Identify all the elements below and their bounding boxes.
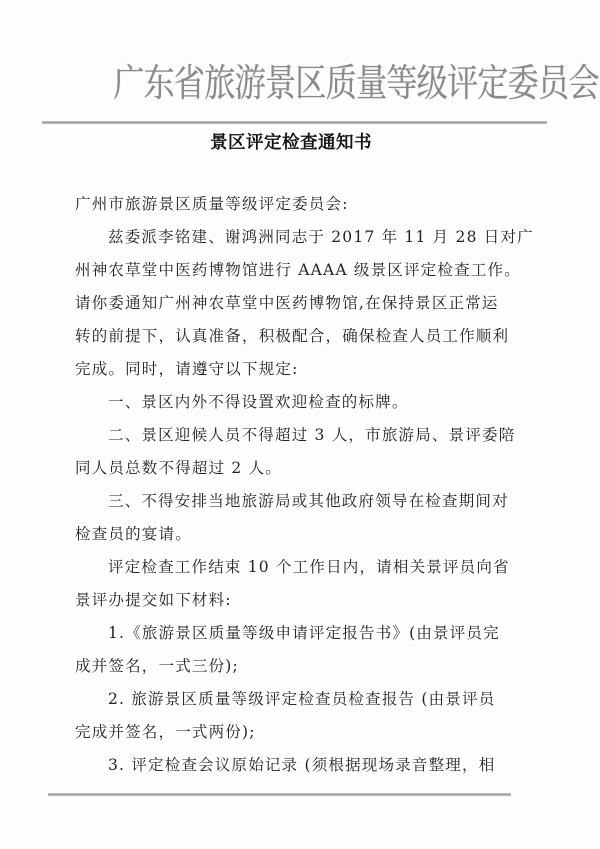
salutation: 广州市旅游景区质量等级评定委员会: [75,192,520,225]
body-line: 成并签名，一式三份); [75,654,520,687]
body-line: 兹委派李铭建、谢鸿洲同志于 2017 年 11 月 28 日对广 [75,225,520,258]
body-line: 同人员总数不得超过 2 人。 [75,456,520,489]
body-line: 完成并签名，一式两份); [75,720,520,753]
material-item-3: 3. 评定检查会议原始记录 (须根据现场录音整理，相 [75,753,520,786]
letterhead-divider [42,121,547,124]
document-body: 广州市旅游景区质量等级评定委员会: 兹委派李铭建、谢鸿洲同志于 2017 年 1… [75,192,520,786]
document-title: 景区评定检查通知书 [0,131,582,155]
rule-item-3: 三、不得安排当地旅游局或其他政府领导在检查期间对 [75,489,520,522]
material-item-1: 1.《旅游景区质量等级申请评定报告书》(由景评员完 [75,621,520,654]
body-line: 完成。同时，请遵守以下规定: [75,357,520,390]
footer-divider [48,793,511,796]
body-line: 景评办提交如下材料: [75,588,520,621]
body-line: 州神农草堂中医药博物馆进行 AAAA 级景区评定检查工作。 [75,258,520,291]
body-line: 检查员的宴请。 [75,522,520,555]
rule-item-2: 二、景区迎候人员不得超过 3 人，市旅游局、景评委陪 [75,423,520,456]
body-line: 转的前提下，认真准备，积极配合，确保检查人员工作顺利 [75,324,520,357]
body-line: 请你委通知广州神农草堂中医药博物馆,在保持景区正常运 [75,291,520,324]
letterhead-organization: 广东省旅游景区质量等级评定委员会 [113,58,489,108]
document-page: 广东省旅游景区质量等级评定委员会 景区评定检查通知书 广州市旅游景区质量等级评定… [0,0,600,849]
body-line: 评定检查工作结束 10 个工作日内，请相关景评员向省 [75,555,520,588]
rule-item-1: 一、景区内外不得设置欢迎检查的标牌。 [75,390,520,423]
material-item-2: 2. 旅游景区质量等级评定检查员检查报告 (由景评员 [75,687,520,720]
